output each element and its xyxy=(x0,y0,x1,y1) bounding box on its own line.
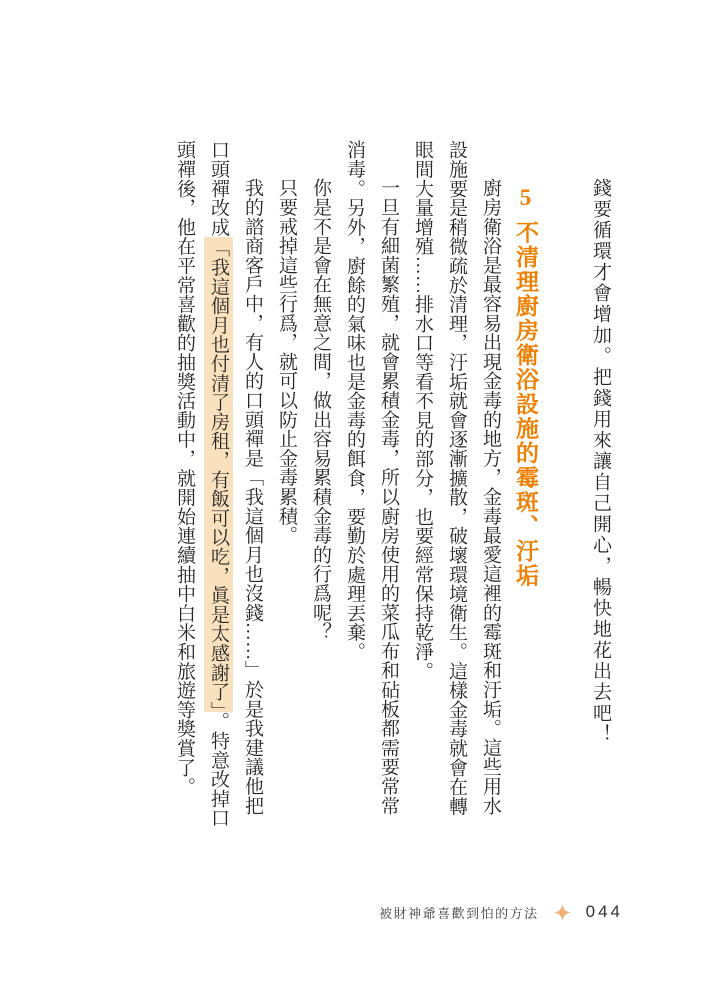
page-number: 044 xyxy=(586,902,623,922)
paragraph-story: 我的諮商客戶中，有人的口頭禪是「我這個月也沒錢……」於是我建議他把口頭禪改成「我… xyxy=(167,140,269,832)
paragraph-kitchen-1: 廚房衛浴是最容易出現金毒的地方，金毒最愛這裡的霉斑和汙垢。這些用水設施要是稍微疏… xyxy=(405,140,507,832)
diamond-icon xyxy=(554,904,571,921)
book-page: 錢要循環才會增加。把錢用來讓自己開心，暢快地花出去吧！ 5不清理廚房衛浴設施的霉… xyxy=(0,0,711,1000)
vertical-text-block: 錢要循環才會增加。把錢用來讓自己開心，暢快地花出去吧！ 5不清理廚房衛浴設施的霉… xyxy=(167,140,617,832)
section-number: 5 xyxy=(513,185,538,212)
paragraph-answer: 只要戒掉這些行爲，就可以防止金毒累積。 xyxy=(269,140,303,832)
paragraph-kitchen-2: 一旦有細菌繁殖，就會累積金毒，所以廚房使用的菜瓜布和砧板都需要常常消毒。另外，廚… xyxy=(337,140,405,832)
page-footer: 被財神爺喜歡到怕的方法 044 xyxy=(379,902,623,922)
book-title: 被財神爺喜歡到怕的方法 xyxy=(379,903,539,922)
section-heading: 5不清理廚房衛浴設施的霉斑、汙垢 xyxy=(507,140,544,832)
highlight-mark: 「我這個月也付清了房租，有飯可以吃，眞是太感謝了」 xyxy=(204,237,233,712)
paragraph-question: 你是不是會在無意之間，做出容易累積金毒的行爲呢？ xyxy=(303,140,337,832)
paragraph-intro: 錢要循環才會增加。把錢用來讓自己開心，暢快地花出去吧！ xyxy=(583,140,617,832)
section-title: 不清理廚房衛浴設施的霉斑、汙垢 xyxy=(513,221,538,589)
